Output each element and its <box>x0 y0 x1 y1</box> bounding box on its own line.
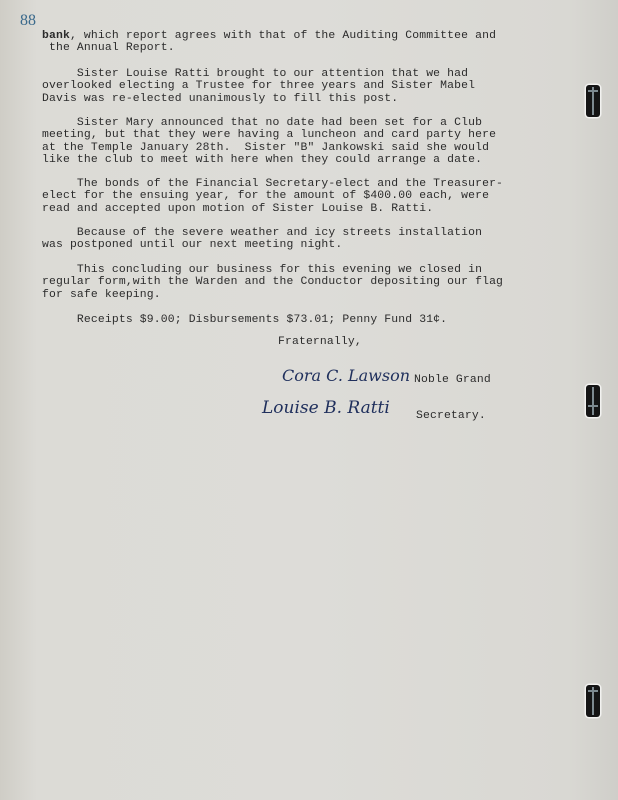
title-secretary: Secretary. <box>416 410 486 422</box>
text-line: Davis was re-elected unanimously to fill… <box>42 93 398 105</box>
text-line: Receipts $9.00; Disbursements $73.01; Pe… <box>42 314 447 326</box>
closing: Fraternally, <box>278 336 362 348</box>
binder-tab-bottom <box>586 685 600 717</box>
signature-noble-grand: Cora C. Lawson <box>282 366 410 385</box>
text-line: This concluding our business for this ev… <box>42 264 482 276</box>
text-line: Because of the severe weather and icy st… <box>42 227 482 239</box>
binder-tab-top <box>586 85 600 117</box>
text-line: for safe keeping. <box>42 289 161 301</box>
page-number: 88 <box>20 12 36 30</box>
title-noble-grand: Noble Grand <box>414 374 491 386</box>
binder-tab-middle <box>586 385 600 417</box>
text-line: the Annual Report. <box>42 42 175 54</box>
text-line: Sister Louise Ratti brought to our atten… <box>42 68 468 80</box>
document-page: 88 bank, which report agrees with that o… <box>0 0 618 800</box>
text-line: meeting, but that they were having a lun… <box>42 129 496 141</box>
text-line: was postponed until our next meeting nig… <box>42 239 342 251</box>
text-line: regular form,with the Warden and the Con… <box>42 276 503 288</box>
text-line: elect for the ensuing year, for the amou… <box>42 190 489 202</box>
bold-word: bank <box>42 30 70 42</box>
text-span: , which report agrees with that of the A… <box>70 30 496 42</box>
text-line: read and accepted upon motion of Sister … <box>42 203 433 215</box>
text-line: bank, which report agrees with that of t… <box>42 30 496 42</box>
signature-secretary: Louise B. Ratti <box>262 398 390 418</box>
text-line: overlooked electing a Trustee for three … <box>42 80 475 92</box>
text-line: at the Temple January 28th. Sister "B" J… <box>42 142 489 154</box>
text-line: like the club to meet with here when the… <box>42 154 482 166</box>
text-line: The bonds of the Financial Secretary-ele… <box>42 178 503 190</box>
text-line: Sister Mary announced that no date had b… <box>42 117 482 129</box>
